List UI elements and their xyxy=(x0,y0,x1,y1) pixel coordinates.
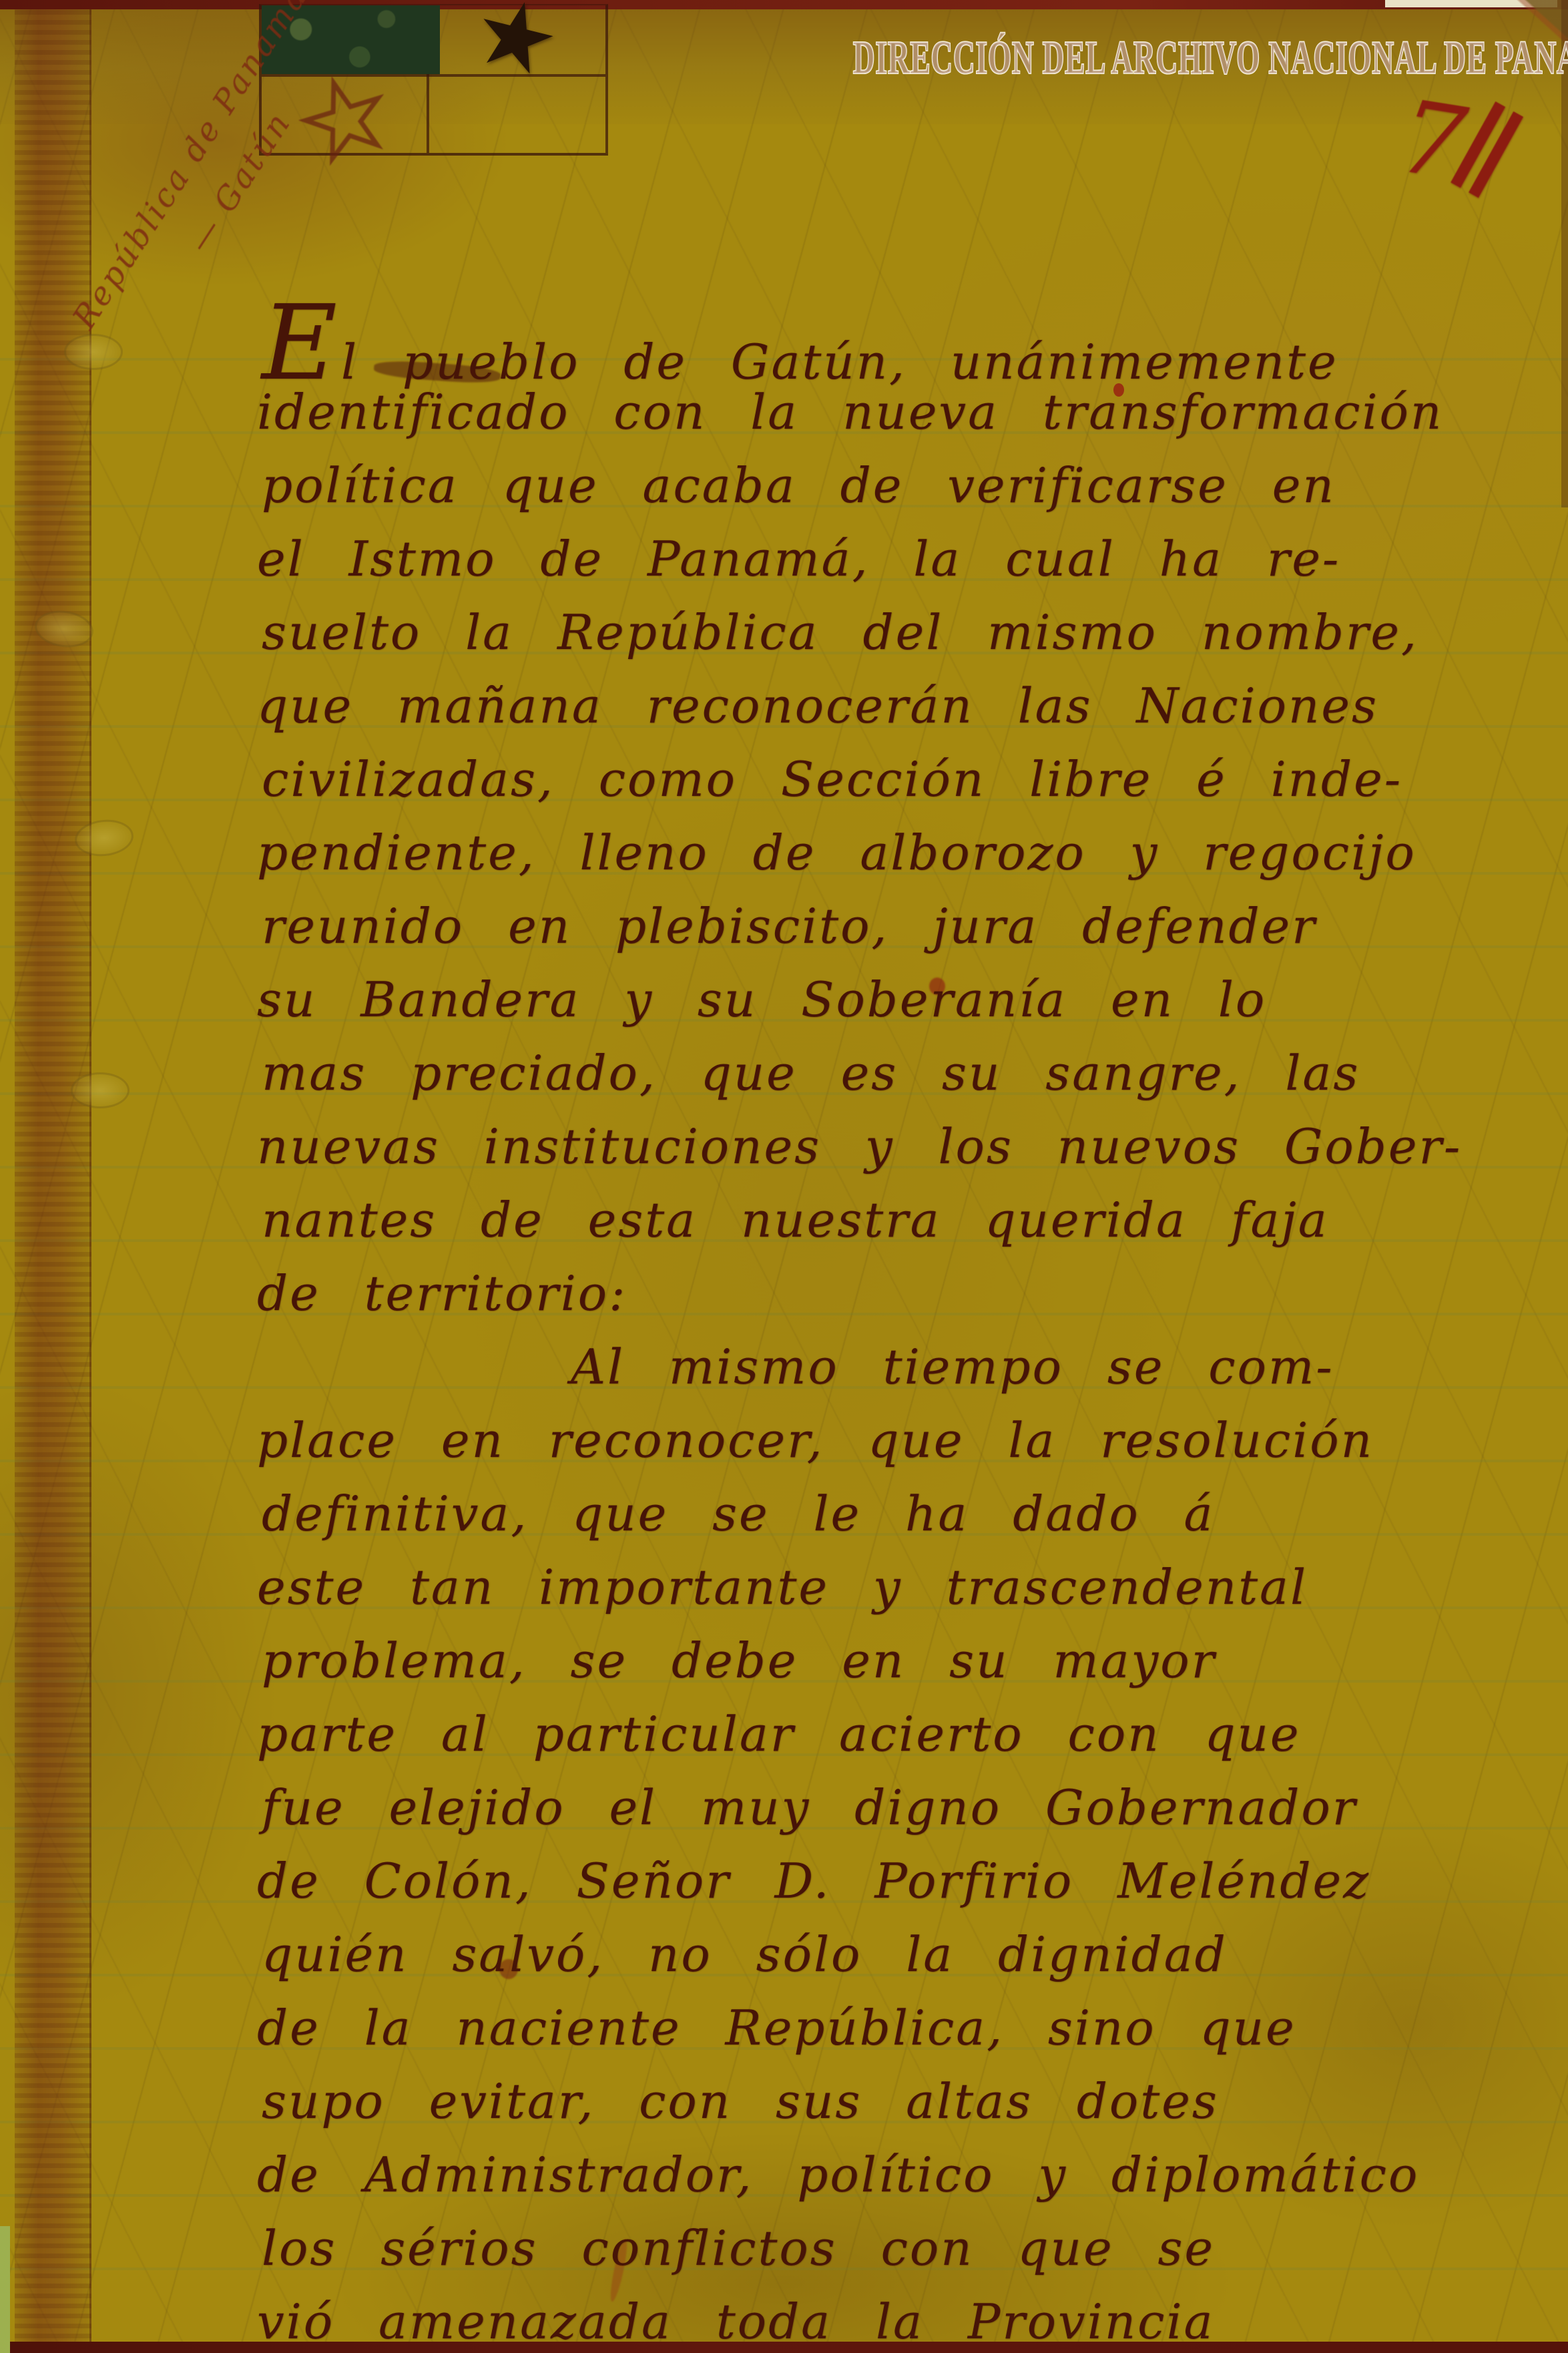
manuscript-line: de Colón, Señor D. Porfirio Meléndez xyxy=(257,1844,1560,1918)
punch-hole xyxy=(71,1072,129,1108)
manuscript-page: ★ ★ República de Panamá — Gatún DIRECCIÓ… xyxy=(0,0,1568,2353)
flag-grid-line xyxy=(427,74,429,153)
manuscript-line: suelto la República del mismo nombre, xyxy=(257,596,1560,669)
manuscript-line: de territorio: xyxy=(257,1257,1560,1330)
manuscript-line: política que acaba de verificarse en xyxy=(257,449,1560,522)
manuscript-line: identificado con la nueva transformación xyxy=(257,375,1560,449)
scanner-background-sliver xyxy=(0,2226,10,2353)
manuscript-line: El pueblo de Gatún, unánimemente xyxy=(257,302,1560,375)
archive-watermark: DIRECCIÓN DEL ARCHIVO NACIONAL DE PANAMÁ xyxy=(853,31,1568,85)
manuscript-line: Al mismo tiempo se com- xyxy=(257,1330,1560,1404)
manuscript-line: nantes de esta nuestra querida faja xyxy=(257,1183,1560,1257)
manuscript-line: que mañana reconocerán las Naciones xyxy=(257,669,1560,742)
manuscript-line: place en reconocer, que la resolución xyxy=(257,1404,1560,1477)
manuscript-line: parte al particular acierto con que xyxy=(257,1697,1560,1771)
manuscript-line: definitiva, que se le ha dado á xyxy=(257,1477,1560,1550)
folio-number: 7∥ xyxy=(1392,77,1521,211)
manuscript-line: reunido en plebiscito, jura defender xyxy=(257,889,1560,963)
flag-dark-star-icon: ★ xyxy=(464,0,568,93)
manuscript-line: pendiente, lleno de alborozo y regocijo xyxy=(257,816,1560,889)
manuscript-line: el Istmo de Panamá, la cual ha re- xyxy=(257,522,1560,596)
manuscript-line: este tan importante y trascendental xyxy=(257,1550,1560,1624)
manuscript-line: nuevas instituciones y los nuevos Gober- xyxy=(257,1110,1560,1183)
manuscript-line: supo evitar, con sus altas dotes xyxy=(257,2065,1560,2138)
manuscript-line: problema, se debe en su mayor xyxy=(257,1624,1560,1697)
manuscript-text: El pueblo de Gatún, unánimemente identif… xyxy=(257,302,1560,2353)
manuscript-line: su Bandera y su Soberanía en lo xyxy=(257,963,1560,1036)
manuscript-line: vió amenazada toda la Provincia xyxy=(257,2285,1560,2353)
page-top-edge xyxy=(0,0,1568,9)
manuscript-line: quién salvó, no sólo la dignidad xyxy=(257,1918,1560,1991)
manuscript-line: mas preciado, que es su sangre, las xyxy=(257,1036,1560,1110)
manuscript-line: de la naciente República, sino que xyxy=(257,1991,1560,2065)
manuscript-line: los sérios conflictos con que se xyxy=(257,2211,1560,2285)
manuscript-line: de Administrador, político y diplomático xyxy=(257,2138,1560,2211)
manuscript-line: civilizadas, como Sección libre é inde- xyxy=(257,742,1560,816)
manuscript-line: fue elejido el muy digno Gobernador xyxy=(257,1771,1560,1844)
